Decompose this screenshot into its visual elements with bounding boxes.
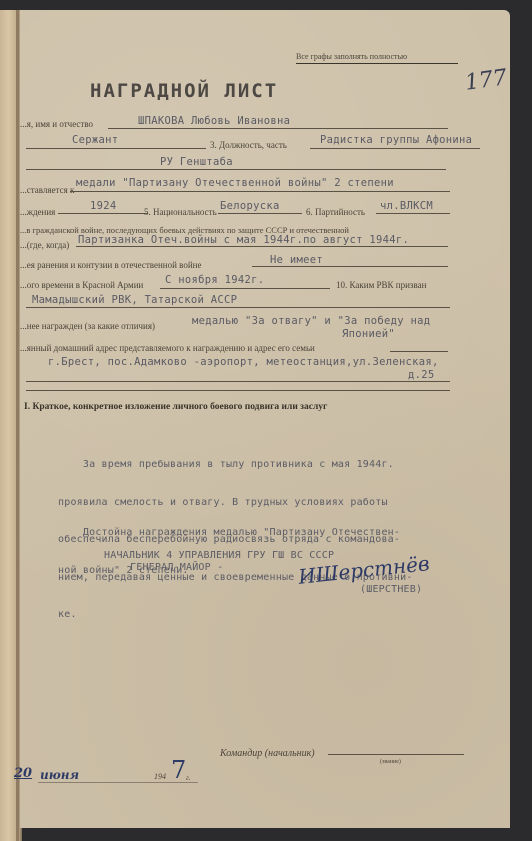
name-value: ШПАКОВА Любовь Ивановна: [138, 115, 290, 127]
page-title: НАГРАДНОЙ ЛИСТ: [90, 80, 278, 102]
army-since-label: ...ого времени в Красной Армии: [20, 280, 143, 290]
date-month: июня: [40, 768, 79, 782]
signatory-title: НАЧАЛЬНИК 4 УПРАВЛЕНИЯ ГРУ ГШ ВС СССР: [104, 550, 334, 563]
archive-number: 177: [463, 65, 508, 96]
date-year-digit: 7: [171, 756, 186, 784]
rank-underline: [26, 148, 206, 149]
rank-caption: (звание): [380, 759, 401, 765]
feat-heading: I. Краткое, конкретное изложение личного…: [24, 402, 327, 412]
position-label: 3. Должность, часть: [210, 140, 287, 150]
name-underline: [108, 128, 448, 129]
signatory-name: (ШЕРСТНЕВ): [360, 584, 422, 597]
previous-awards-label: ...нее награжден (за какие отличия): [20, 321, 155, 331]
feat-line: ке.: [58, 609, 413, 622]
address-underline-1: [26, 381, 450, 382]
nationality-label: 5. Национальность: [144, 207, 217, 217]
army-since-underline: [160, 288, 330, 289]
wounds-label: ...ея ранения и контузии в отечественной…: [20, 260, 201, 270]
date-year-suffix: г.: [186, 774, 190, 782]
army-since-value: С ноября 1942г.: [165, 274, 264, 286]
address-label-underline: [390, 351, 448, 352]
feat-line: Достойна награждения медалью "Партизану …: [58, 527, 400, 540]
address-value-line2: д.25: [408, 369, 435, 381]
rvk-underline: [26, 307, 450, 308]
party-label: 6. Партийность: [306, 207, 365, 217]
rvk-label: 10. Каким РВК призван: [336, 280, 426, 290]
top-note: Все графы заполнять полностью: [296, 52, 407, 61]
rank-value: Сержант: [72, 134, 118, 146]
position-value: Радистка группы Афонина: [320, 134, 472, 146]
wounds-underline: [252, 266, 448, 267]
award-label: ...ставляется к: [20, 185, 74, 195]
date-day: 20: [14, 766, 32, 781]
commander-underline: [328, 754, 464, 755]
rvk-value: Мамадышский РВК, Татарской АССР: [32, 294, 237, 306]
binding-edge: [16, 10, 19, 841]
signatory-rank: ГЕНЕРАЛ-МАЙОР -: [130, 562, 223, 575]
address-value: г.Брест, пос.Адамково -аэропорт, метеост…: [48, 356, 439, 368]
nationality-value: Белоруска: [220, 200, 280, 212]
date-year-prefix: 194: [154, 772, 166, 781]
address-label: ...янный домашний адрес представляемого …: [20, 343, 315, 353]
service-value: Партизанка Отеч.войны с мая 1944г.по авг…: [78, 234, 409, 246]
position-value-line2: РУ Генштаба: [160, 156, 233, 168]
feat-line: За время пребывания в тылу противника с …: [58, 459, 413, 472]
position-underline: [310, 148, 480, 149]
top-note-underline: [296, 63, 458, 64]
wounds-value: Не имеет: [270, 254, 323, 266]
position-underline-2: [26, 169, 446, 170]
birth-year-value: 1924: [90, 200, 117, 212]
party-underline: [376, 213, 450, 214]
birth-year-label: ...ждения: [20, 207, 55, 217]
name-label: ...я, имя и отчество: [20, 119, 93, 129]
award-sheet-page: Все графы заполнять полностью 177 НАГРАД…: [20, 10, 510, 828]
birth-year-underline: [58, 213, 148, 214]
award-value: медали "Партизану Отечественной войны" 2…: [76, 177, 394, 189]
party-value: чл.ВЛКСМ: [380, 200, 433, 212]
service-label: ...(где, когда): [20, 240, 69, 250]
service-underline: [76, 246, 448, 247]
nationality-underline: [218, 213, 302, 214]
commander-label: Командир (начальник): [220, 748, 315, 759]
award-underline: [70, 191, 450, 192]
previous-awards-value-line2: Японией": [342, 328, 395, 340]
previous-awards-value: медалью "За отвагу" и "За победу над: [192, 315, 430, 327]
address-underline-2: [26, 390, 450, 391]
